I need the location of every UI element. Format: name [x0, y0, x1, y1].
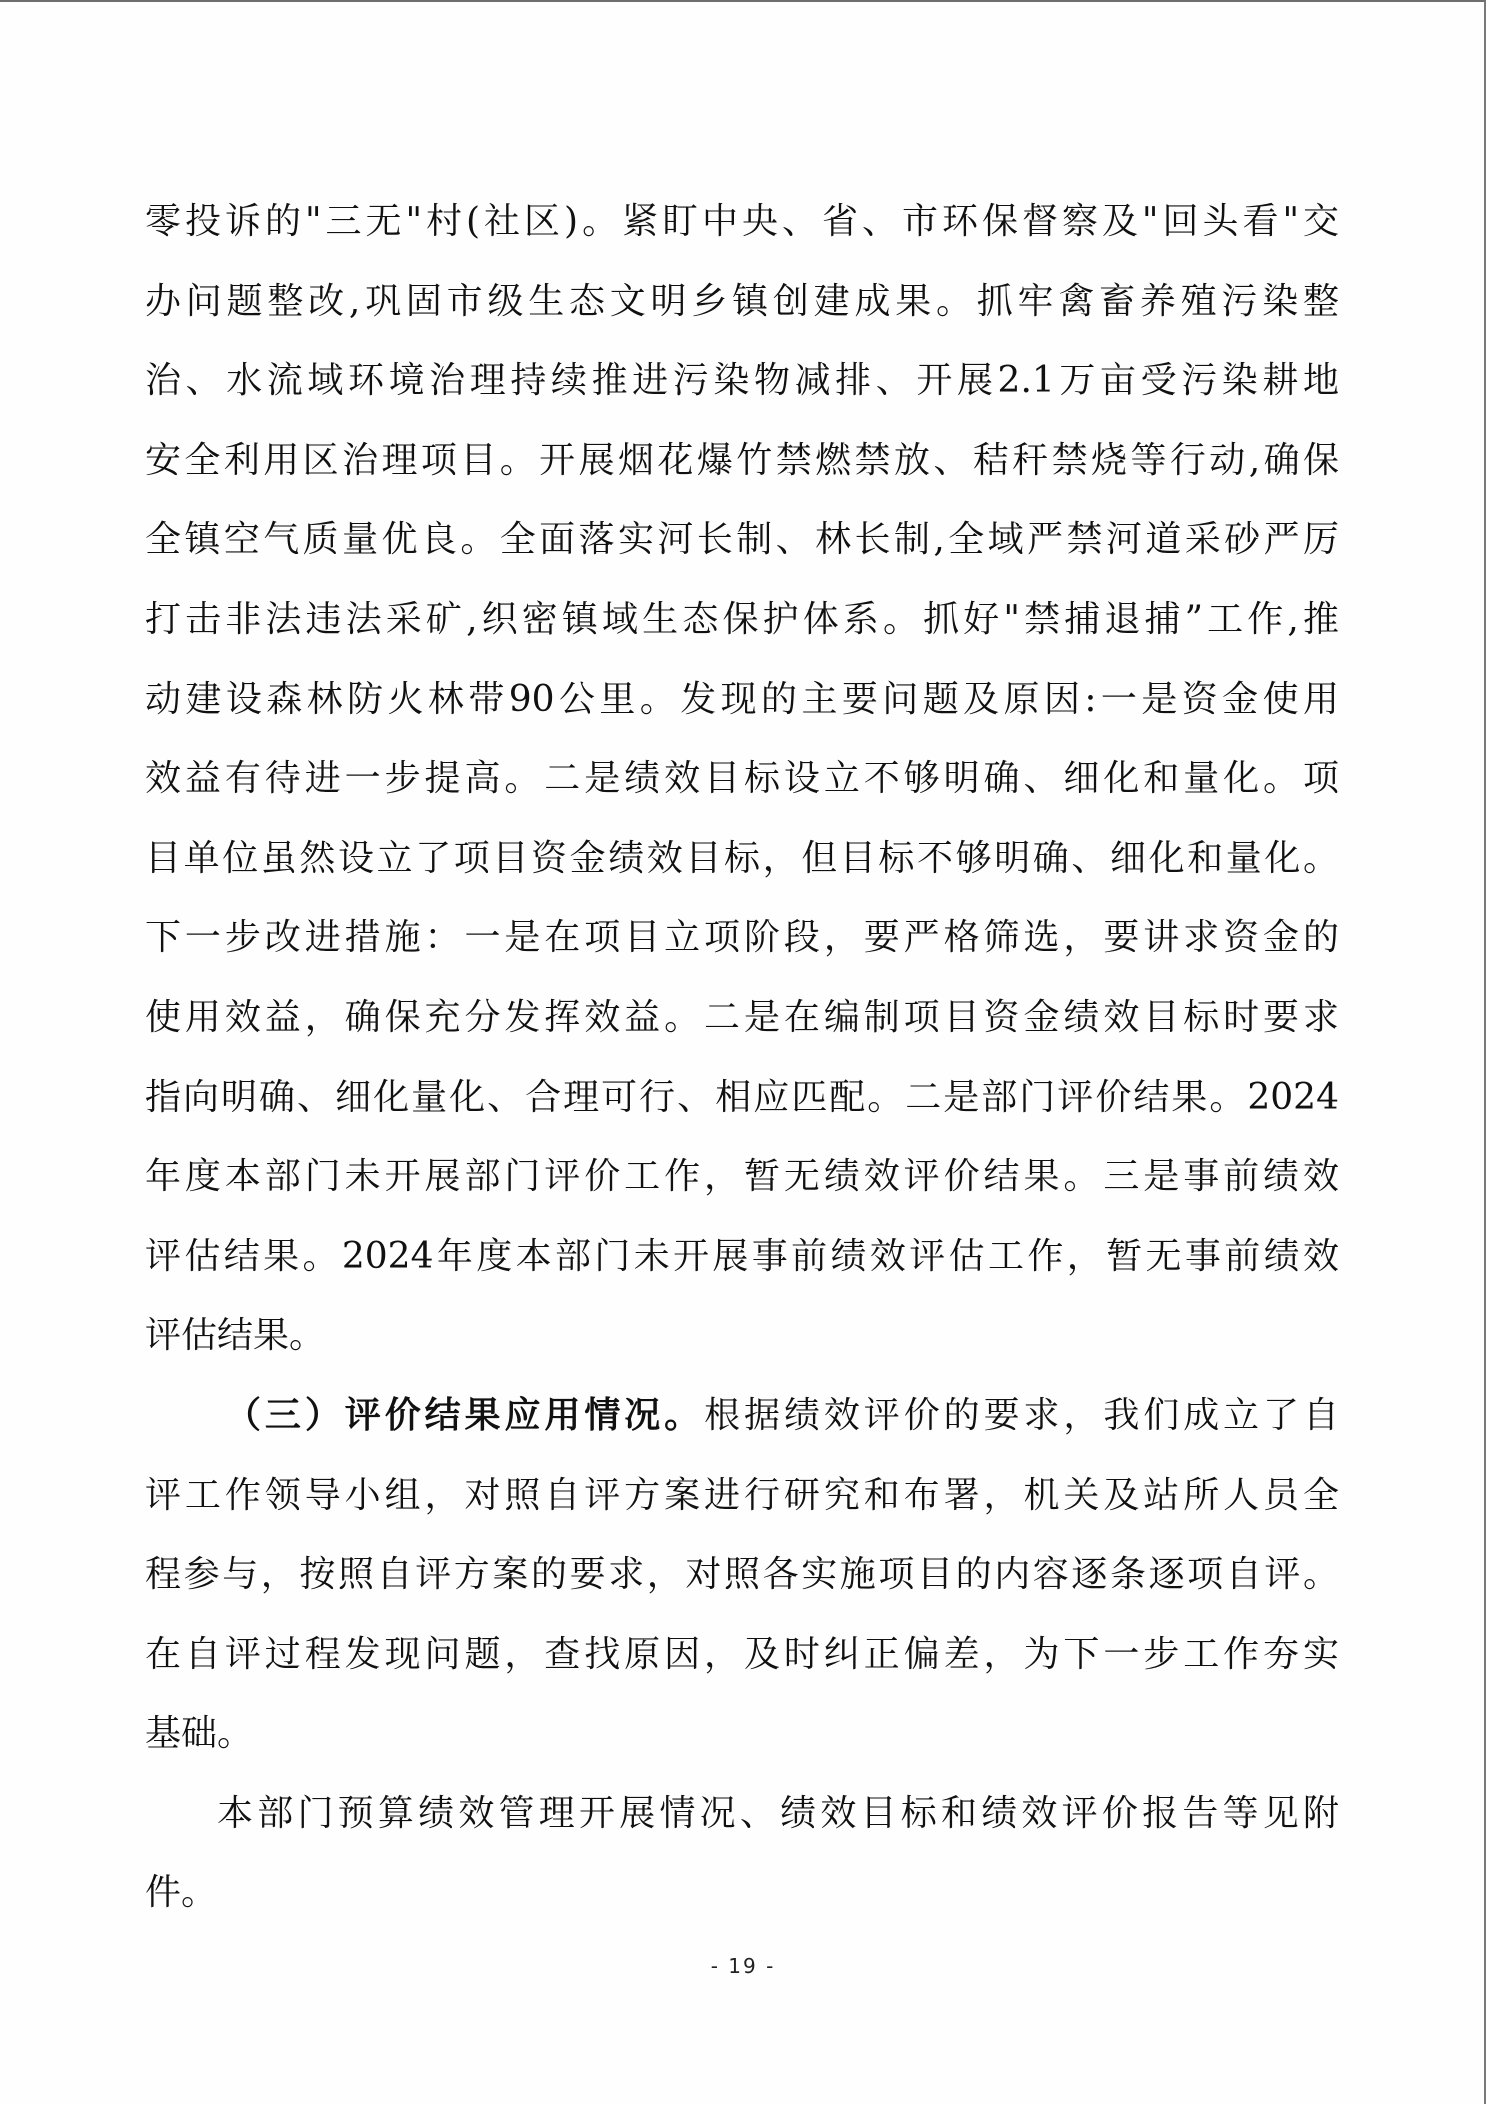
- paragraph-line: 评估结果。2024年度本部门未开展事前绩效评估工作，暂无事前绩效: [145, 1235, 1339, 1315]
- paragraph-line: 动建设森林防火林带90公里。发现的主要问题及原因:一是资金使用: [145, 678, 1339, 758]
- paragraph-line: 打击非法违法采矿,织密镇域生态保护体系。抓好"禁捕退捕”工作,推: [145, 598, 1339, 678]
- page-number: - 19 -: [0, 1954, 1486, 1978]
- paragraph-line: 目单位虽然设立了项目资金绩效目标，但目标不够明确、细化和量化。: [145, 837, 1339, 917]
- paragraph-line: 效益有待进一步提高。二是绩效目标设立不够明确、细化和量化。项: [145, 757, 1339, 837]
- paragraph-line: 零投诉的"三无"村(社区)。紧盯中央、省、市环保督察及"回头看"交: [145, 200, 1339, 280]
- closing-line: 件。: [145, 1871, 1339, 1951]
- paragraph-line: 指向明确、细化量化、合理可行、相应匹配。二是部门评价结果。2024: [145, 1076, 1339, 1156]
- paragraph-line: 评工作领导小组，对照自评方案进行研究和布署，机关及站所人员全: [145, 1474, 1339, 1554]
- paragraph-line: 在自评过程发现问题，查找原因，及时纠正偏差，为下一步工作夯实: [145, 1633, 1339, 1713]
- paragraph-line: 下一步改进措施：一是在项目立项阶段，要严格筛选，要讲求资金的: [145, 916, 1339, 996]
- document-body: 零投诉的"三无"村(社区)。紧盯中央、省、市环保督察及"回头看"交 办问题整改,…: [145, 200, 1339, 1951]
- section-heading: （三）评价结果应用情况。: [225, 1395, 704, 1436]
- section-heading-line: （三）评价结果应用情况。根据绩效评价的要求，我们成立了自: [145, 1394, 1339, 1474]
- paragraph-line: 使用效益，确保充分发挥效益。二是在编制项目资金绩效目标时要求: [145, 996, 1339, 1076]
- paragraph-line: 基础。: [145, 1712, 1339, 1792]
- paragraph-line: 全镇空气质量优良。全面落实河长制、林长制,全域严禁河道采砂严厉: [145, 518, 1339, 598]
- closing-line: 本部门预算绩效管理开展情况、绩效目标和绩效评价报告等见附: [145, 1792, 1339, 1872]
- paragraph-line: 治、水流域环境治理持续推进污染物减排、开展2.1万亩受污染耕地: [145, 359, 1339, 439]
- paragraph-line: 办问题整改,巩固市级生态文明乡镇创建成果。抓牢禽畜养殖污染整: [145, 280, 1339, 360]
- paragraph-line: 评估结果。: [145, 1314, 1339, 1394]
- paragraph-line: 年度本部门未开展部门评价工作，暂无绩效评价结果。三是事前绩效: [145, 1155, 1339, 1235]
- section-text: 根据绩效评价的要求，我们成立了自: [704, 1395, 1339, 1436]
- paragraph-line: 程参与，按照自评方案的要求，对照各实施项目的内容逐条逐项自评。: [145, 1553, 1339, 1633]
- paragraph-line: 安全利用区治理项目。开展烟花爆竹禁燃禁放、秸秆禁烧等行动,确保: [145, 439, 1339, 519]
- document-page: 零投诉的"三无"村(社区)。紧盯中央、省、市环保督察及"回头看"交 办问题整改,…: [0, 0, 1486, 2104]
